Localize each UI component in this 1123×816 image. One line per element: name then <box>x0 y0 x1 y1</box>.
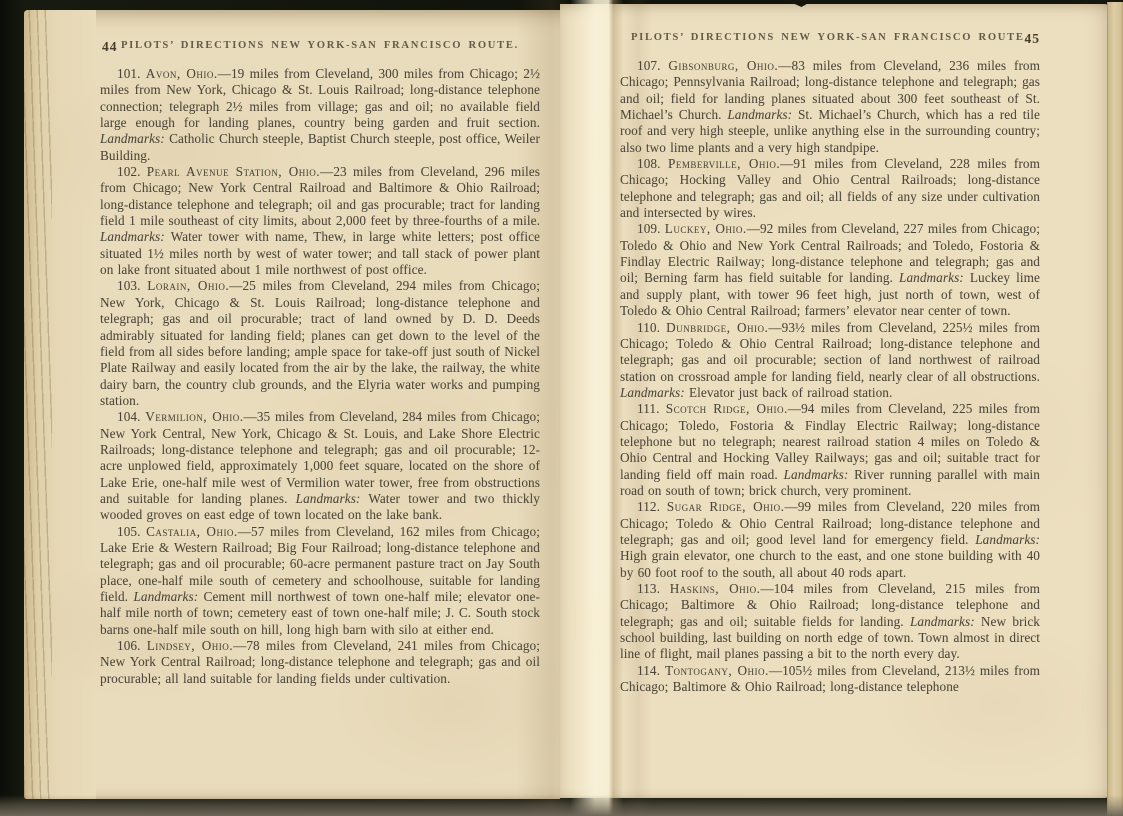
entry-number: 111. <box>637 401 666 416</box>
entry-number: 107. <box>637 58 668 73</box>
entry-text: —25 miles from Cleveland, 294 miles from… <box>100 278 540 407</box>
entries-column-left: 101. Avon, Ohio.—19 miles from Cleveland… <box>100 66 540 687</box>
entry-place-name: Sugar Ridge, Ohio. <box>667 499 785 514</box>
entry-place-name: Pemberville, Ohio. <box>668 156 780 171</box>
entry-place-name: Haskins, Ohio. <box>670 581 761 596</box>
landmarks-label: Landmarks: <box>975 532 1040 547</box>
entry-number: 105. <box>117 524 146 539</box>
running-header-right: PILOTS’ DIRECTIONS NEW YORK-SAN FRANCISC… <box>620 32 1040 43</box>
entry-110: 110. Dunbridge, Ohio.—93½ miles from Cle… <box>620 320 1040 402</box>
entry-113: 113. Haskins, Ohio.—104 miles from Cleve… <box>620 581 1040 663</box>
entry-place-name: Castalia, Ohio. <box>146 524 238 539</box>
entry-number: 109. <box>637 221 665 236</box>
entry-place-name: Gibsonburg, Ohio. <box>668 58 778 73</box>
entry-number: 101. <box>117 66 146 81</box>
entries-column-right: 107. Gibsonburg, Ohio.—83 miles from Cle… <box>620 58 1040 695</box>
page-header-right: PILOTS’ DIRECTIONS NEW YORK-SAN FRANCISC… <box>620 32 1040 48</box>
landmarks-label: Landmarks: <box>100 131 165 146</box>
entry-place-name: Avon, Ohio. <box>146 66 218 81</box>
entry-place-name: Pearl Avenue Station, Ohio. <box>147 164 320 179</box>
entry-place-name: Scotch Ridge, Ohio. <box>666 401 788 416</box>
entry-106: 106. Lindsey, Ohio.—78 miles from Clevel… <box>100 638 540 687</box>
landmarks-label: Landmarks: <box>100 229 165 244</box>
entry-108: 108. Pemberville, Ohio.—91 miles from Cl… <box>620 156 1040 221</box>
entry-102: 102. Pearl Avenue Station, Ohio.—23 mile… <box>100 164 540 278</box>
entry-104: 104. Vermilion, Ohio.—35 miles from Clev… <box>100 409 540 523</box>
landmarks-label: Landmarks: <box>620 385 685 400</box>
entry-place-name: Lindsey, Ohio. <box>147 638 233 653</box>
entry-text: Elevator just back of railroad station. <box>685 385 893 400</box>
entry-114: 114. Tontogany, Ohio.—105½ miles from Cl… <box>620 663 1040 696</box>
page-44: 44 PILOTS’ DIRECTIONS NEW YORK-SAN FRANC… <box>24 10 560 799</box>
running-header-left: PILOTS’ DIRECTIONS NEW YORK-SAN FRANCISC… <box>100 40 540 51</box>
entry-number: 102. <box>117 164 147 179</box>
page-number-right: 45 <box>1025 31 1041 47</box>
entry-place-name: Dunbridge, Ohio. <box>666 320 768 335</box>
entry-101: 101. Avon, Ohio.—19 miles from Cleveland… <box>100 66 540 164</box>
entry-number: 108. <box>637 156 668 171</box>
entry-number: 110. <box>637 320 666 335</box>
entry-text: Catholic Church steeple, Baptist Church … <box>100 131 540 162</box>
landmarks-label: Landmarks: <box>727 107 792 122</box>
entry-number: 103. <box>117 278 147 293</box>
entry-103: 103. Lorain, Ohio.—25 miles from Clevela… <box>100 278 540 409</box>
entry-111: 111. Scotch Ridge, Ohio.—94 miles from C… <box>620 401 1040 499</box>
entry-number: 113. <box>637 581 670 596</box>
entry-place-name: Lorain, Ohio. <box>147 278 229 293</box>
page-edge-stack-right <box>1107 2 1123 816</box>
page-header-left: 44 PILOTS’ DIRECTIONS NEW YORK-SAN FRANC… <box>100 40 540 56</box>
entry-107: 107. Gibsonburg, Ohio.—83 miles from Cle… <box>620 58 1040 156</box>
landmarks-label: Landmarks: <box>133 589 198 604</box>
landmarks-label: Landmarks: <box>784 467 849 482</box>
entry-109: 109. Luckey, Ohio.—92 miles from Clevela… <box>620 221 1040 319</box>
entry-105: 105. Castalia, Ohio.—57 miles from Cleve… <box>100 524 540 638</box>
landmarks-label: Landmarks: <box>296 491 361 506</box>
entry-text: Water tower with name, Thew, in large wh… <box>100 229 540 277</box>
entry-number: 106. <box>117 638 147 653</box>
entry-number: 104. <box>117 409 145 424</box>
entry-text: High grain elevator, one church to the e… <box>620 548 1040 579</box>
book-scan: 44 PILOTS’ DIRECTIONS NEW YORK-SAN FRANC… <box>0 0 1123 816</box>
entry-place-name: Vermilion, Ohio. <box>145 409 243 424</box>
entry-place-name: Tontogany, Ohio. <box>665 663 769 678</box>
landmarks-label: Landmarks: <box>899 270 964 285</box>
entry-number: 112. <box>637 499 667 514</box>
page-45: PILOTS’ DIRECTIONS NEW YORK-SAN FRANCISC… <box>560 4 1108 798</box>
entry-112: 112. Sugar Ridge, Ohio.—99 miles from Cl… <box>620 499 1040 581</box>
entry-place-name: Luckey, Ohio. <box>665 221 747 236</box>
landmarks-label: Landmarks: <box>910 614 975 629</box>
entry-number: 114. <box>637 663 665 678</box>
